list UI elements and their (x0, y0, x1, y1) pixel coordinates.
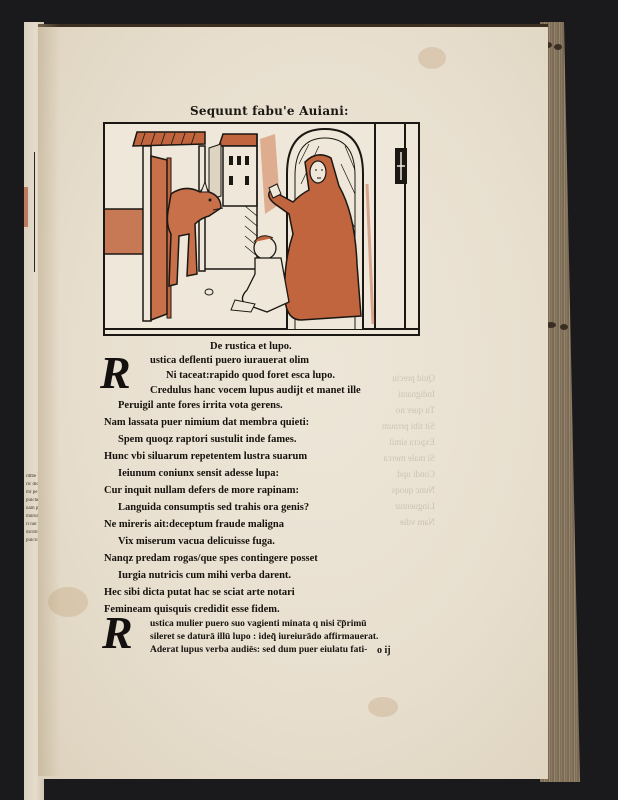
commentary-line: sileret se daturā illū lupo : ideq̃ iure… (150, 631, 378, 644)
verse-line: Peruigil ante fores irrita vota gerens. (118, 399, 283, 412)
facing-rubric-mark (24, 187, 28, 227)
decorated-initial: R (102, 610, 133, 656)
verse-line: Credulus hanc vocem lupus audijt et mane… (150, 384, 361, 397)
verse-line: Vix miserum vacua delicuisse fuga. (118, 535, 275, 548)
verse-line: Nanqz predam rogas/que spes contingere p… (104, 552, 318, 565)
edge-stain (560, 324, 568, 330)
woodcut-illustration (103, 122, 420, 336)
page-gutter-shadow (38, 24, 60, 776)
verse-line: Cur inquit nullam defers de more rapinam… (104, 484, 299, 497)
woodcut-image (105, 124, 418, 334)
edge-stain (554, 44, 562, 50)
verse-line: Hec sibi dicta putat hac se sciat arte n… (104, 586, 295, 599)
commentary-line: Aderat lupus verba audiēs: sed dum puer … (150, 644, 367, 657)
running-title: Sequunt fabu'e Auiani: (190, 104, 349, 118)
foxing-stain (368, 697, 398, 717)
verse-line: Ni taceat:rapido quod foret esca lupo. (166, 369, 335, 382)
verse-line: Languida consumptis sed trahis ora genis… (118, 501, 309, 514)
verse-line: ustica deflenti puero iurauerat olim (150, 354, 309, 367)
commentary-line: ustica mulier puero suo vagienti minata … (150, 618, 367, 631)
verse-line: Hunc vbi siluarum repetentem lustra suar… (104, 450, 307, 463)
signature-mark: o ij (377, 645, 391, 656)
verse-line: Nam lassata puer nimium dat membra quiet… (104, 416, 309, 429)
verse-line: Iurgia nutricis cum mihi verba darent. (118, 569, 291, 582)
foxing-stain (418, 47, 446, 69)
verse-line: Ne mireris ait:deceptum fraude maligna (104, 518, 284, 531)
show-through-text: Quid preciuIndignantiTu quer noSit tibi … (355, 370, 435, 620)
verse-line: Ieiunum coniunx sensit adesse lupa: (118, 467, 279, 480)
verse-line: Spem quoqz raptori sustulit inde fames. (118, 433, 297, 446)
fable-title: De rustica et lupo. (210, 340, 292, 353)
decorated-initial: R (100, 350, 131, 396)
